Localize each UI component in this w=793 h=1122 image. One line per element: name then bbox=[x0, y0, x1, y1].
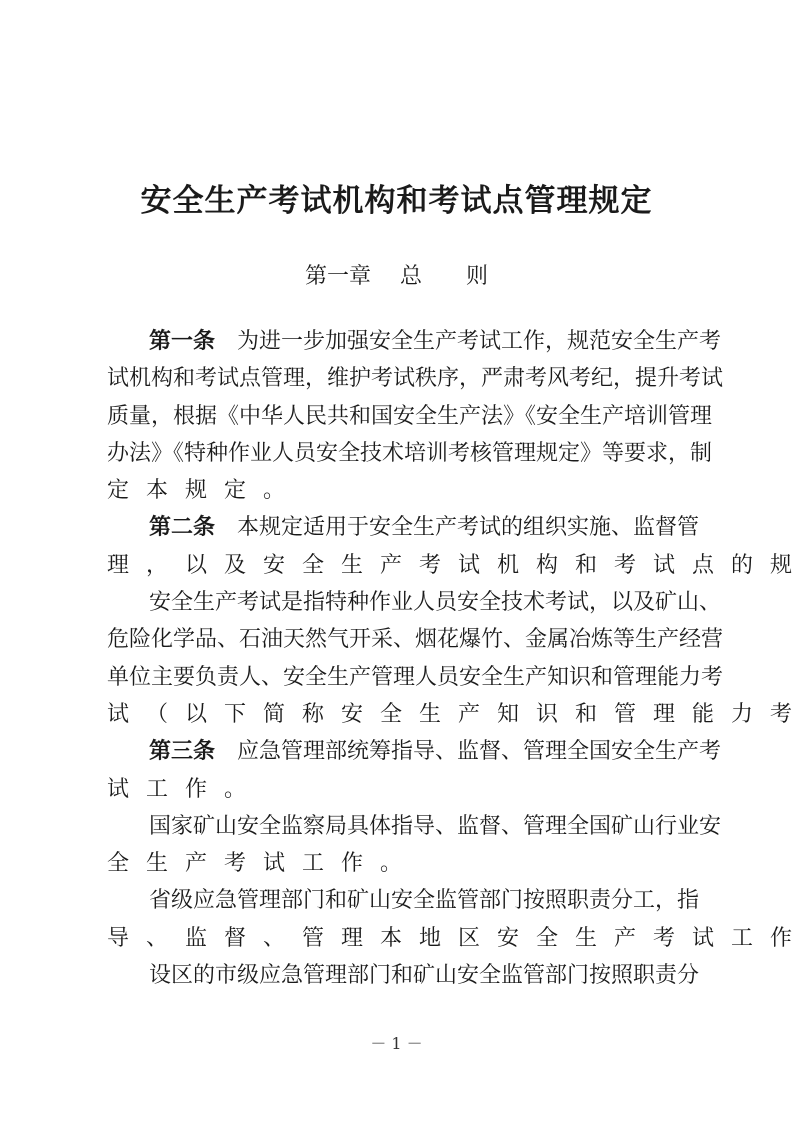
text-line: 定本规定。 bbox=[107, 472, 697, 509]
line-text: 质量，根据《中华人民共和国安全生产法》《安全生产培训管理 bbox=[107, 404, 712, 429]
document-body: 第一条为进一步加强安全生产考试工作，规范安全生产考试机构和考试点管理，维护考试秩… bbox=[107, 323, 697, 994]
article-label: 第二条 bbox=[149, 515, 215, 540]
page-number: － 1 － bbox=[0, 1031, 793, 1054]
line-text: 试（以下简称安全生产知识和管理能力考试）。 bbox=[107, 702, 793, 727]
line-text: 试机构和考试点管理，维护考试秩序，严肃考风考纪，提升考试 bbox=[107, 366, 723, 391]
line-text: 设区的市级应急管理部门和矿山安全监管部门按照职责分 bbox=[149, 963, 699, 988]
text-line: 单位主要负责人、安全生产管理人员安全生产知识和管理能力考 bbox=[107, 659, 697, 696]
line-text: 导、监督、管理本地区安全生产考试工作。 bbox=[107, 926, 793, 951]
text-line: 第三条应急管理部统筹指导、监督、管理全国安全生产考 bbox=[107, 733, 697, 770]
document-title: 安全生产考试机构和考试点管理规定 bbox=[0, 175, 793, 220]
line-text: 办法》《特种作业人员安全技术培训考核管理规定》等要求，制 bbox=[107, 441, 712, 466]
line-text: 单位主要负责人、安全生产管理人员安全生产知识和管理能力考 bbox=[107, 665, 723, 690]
line-text: 危险化学品、石油天然气开采、烟花爆竹、金属冶炼等生产经营 bbox=[107, 627, 723, 652]
text-line: 全生产考试工作。 bbox=[107, 845, 697, 882]
line-text: 试工作。 bbox=[107, 777, 263, 802]
chapter-name-2: 则 bbox=[466, 264, 488, 289]
text-line: 办法》《特种作业人员安全技术培训考核管理规定》等要求，制 bbox=[107, 435, 697, 472]
text-line: 第一条为进一步加强安全生产考试工作，规范安全生产考 bbox=[107, 323, 697, 360]
text-line: 设区的市级应急管理部门和矿山安全监管部门按照职责分 bbox=[107, 957, 697, 994]
text-line: 省级应急管理部门和矿山安全监管部门按照职责分工，指 bbox=[107, 882, 697, 919]
text-line: 试工作。 bbox=[107, 771, 697, 808]
text-line: 安全生产考试是指特种作业人员安全技术考试，以及矿山、 bbox=[107, 584, 697, 621]
line-text: 省级应急管理部门和矿山安全监管部门按照职责分工，指 bbox=[149, 888, 699, 913]
text-line: 危险化学品、石油天然气开采、烟花爆竹、金属冶炼等生产经营 bbox=[107, 621, 697, 658]
text-line: 试机构和考试点管理，维护考试秩序，严肃考风考纪，提升考试 bbox=[107, 360, 697, 397]
line-text: 全生产考试工作。 bbox=[107, 851, 419, 876]
text-line: 导、监督、管理本地区安全生产考试工作。 bbox=[107, 920, 697, 957]
line-text: 安全生产考试是指特种作业人员安全技术考试，以及矿山、 bbox=[149, 590, 721, 615]
article-label: 第一条 bbox=[149, 329, 215, 354]
line-text: 为进一步加强安全生产考试工作，规范安全生产考 bbox=[237, 329, 721, 354]
line-text: 本规定适用于安全生产考试的组织实施、监督管 bbox=[237, 515, 699, 540]
line-text: 国家矿山安全监察局具体指导、监督、管理全国矿山行业安 bbox=[149, 814, 721, 839]
text-line: 国家矿山安全监察局具体指导、监督、管理全国矿山行业安 bbox=[107, 808, 697, 845]
text-line: 理，以及安全生产考试机构和考试点的规划、设置、运行、监管。 bbox=[107, 547, 697, 584]
text-line: 质量，根据《中华人民共和国安全生产法》《安全生产培训管理 bbox=[107, 398, 697, 435]
chapter-name-1: 总 bbox=[400, 264, 422, 289]
line-text: 应急管理部统筹指导、监督、管理全国安全生产考 bbox=[237, 739, 721, 764]
text-line: 试（以下简称安全生产知识和管理能力考试）。 bbox=[107, 696, 697, 733]
article-label: 第三条 bbox=[149, 739, 215, 764]
line-text: 理，以及安全生产考试机构和考试点的规划、设置、运行、监管。 bbox=[107, 553, 793, 578]
chapter-number: 第一章 bbox=[305, 264, 371, 289]
chapter-heading: 第一章 总则 bbox=[0, 259, 793, 290]
line-text: 定本规定。 bbox=[107, 478, 302, 503]
text-line: 第二条本规定适用于安全生产考试的组织实施、监督管 bbox=[107, 509, 697, 546]
